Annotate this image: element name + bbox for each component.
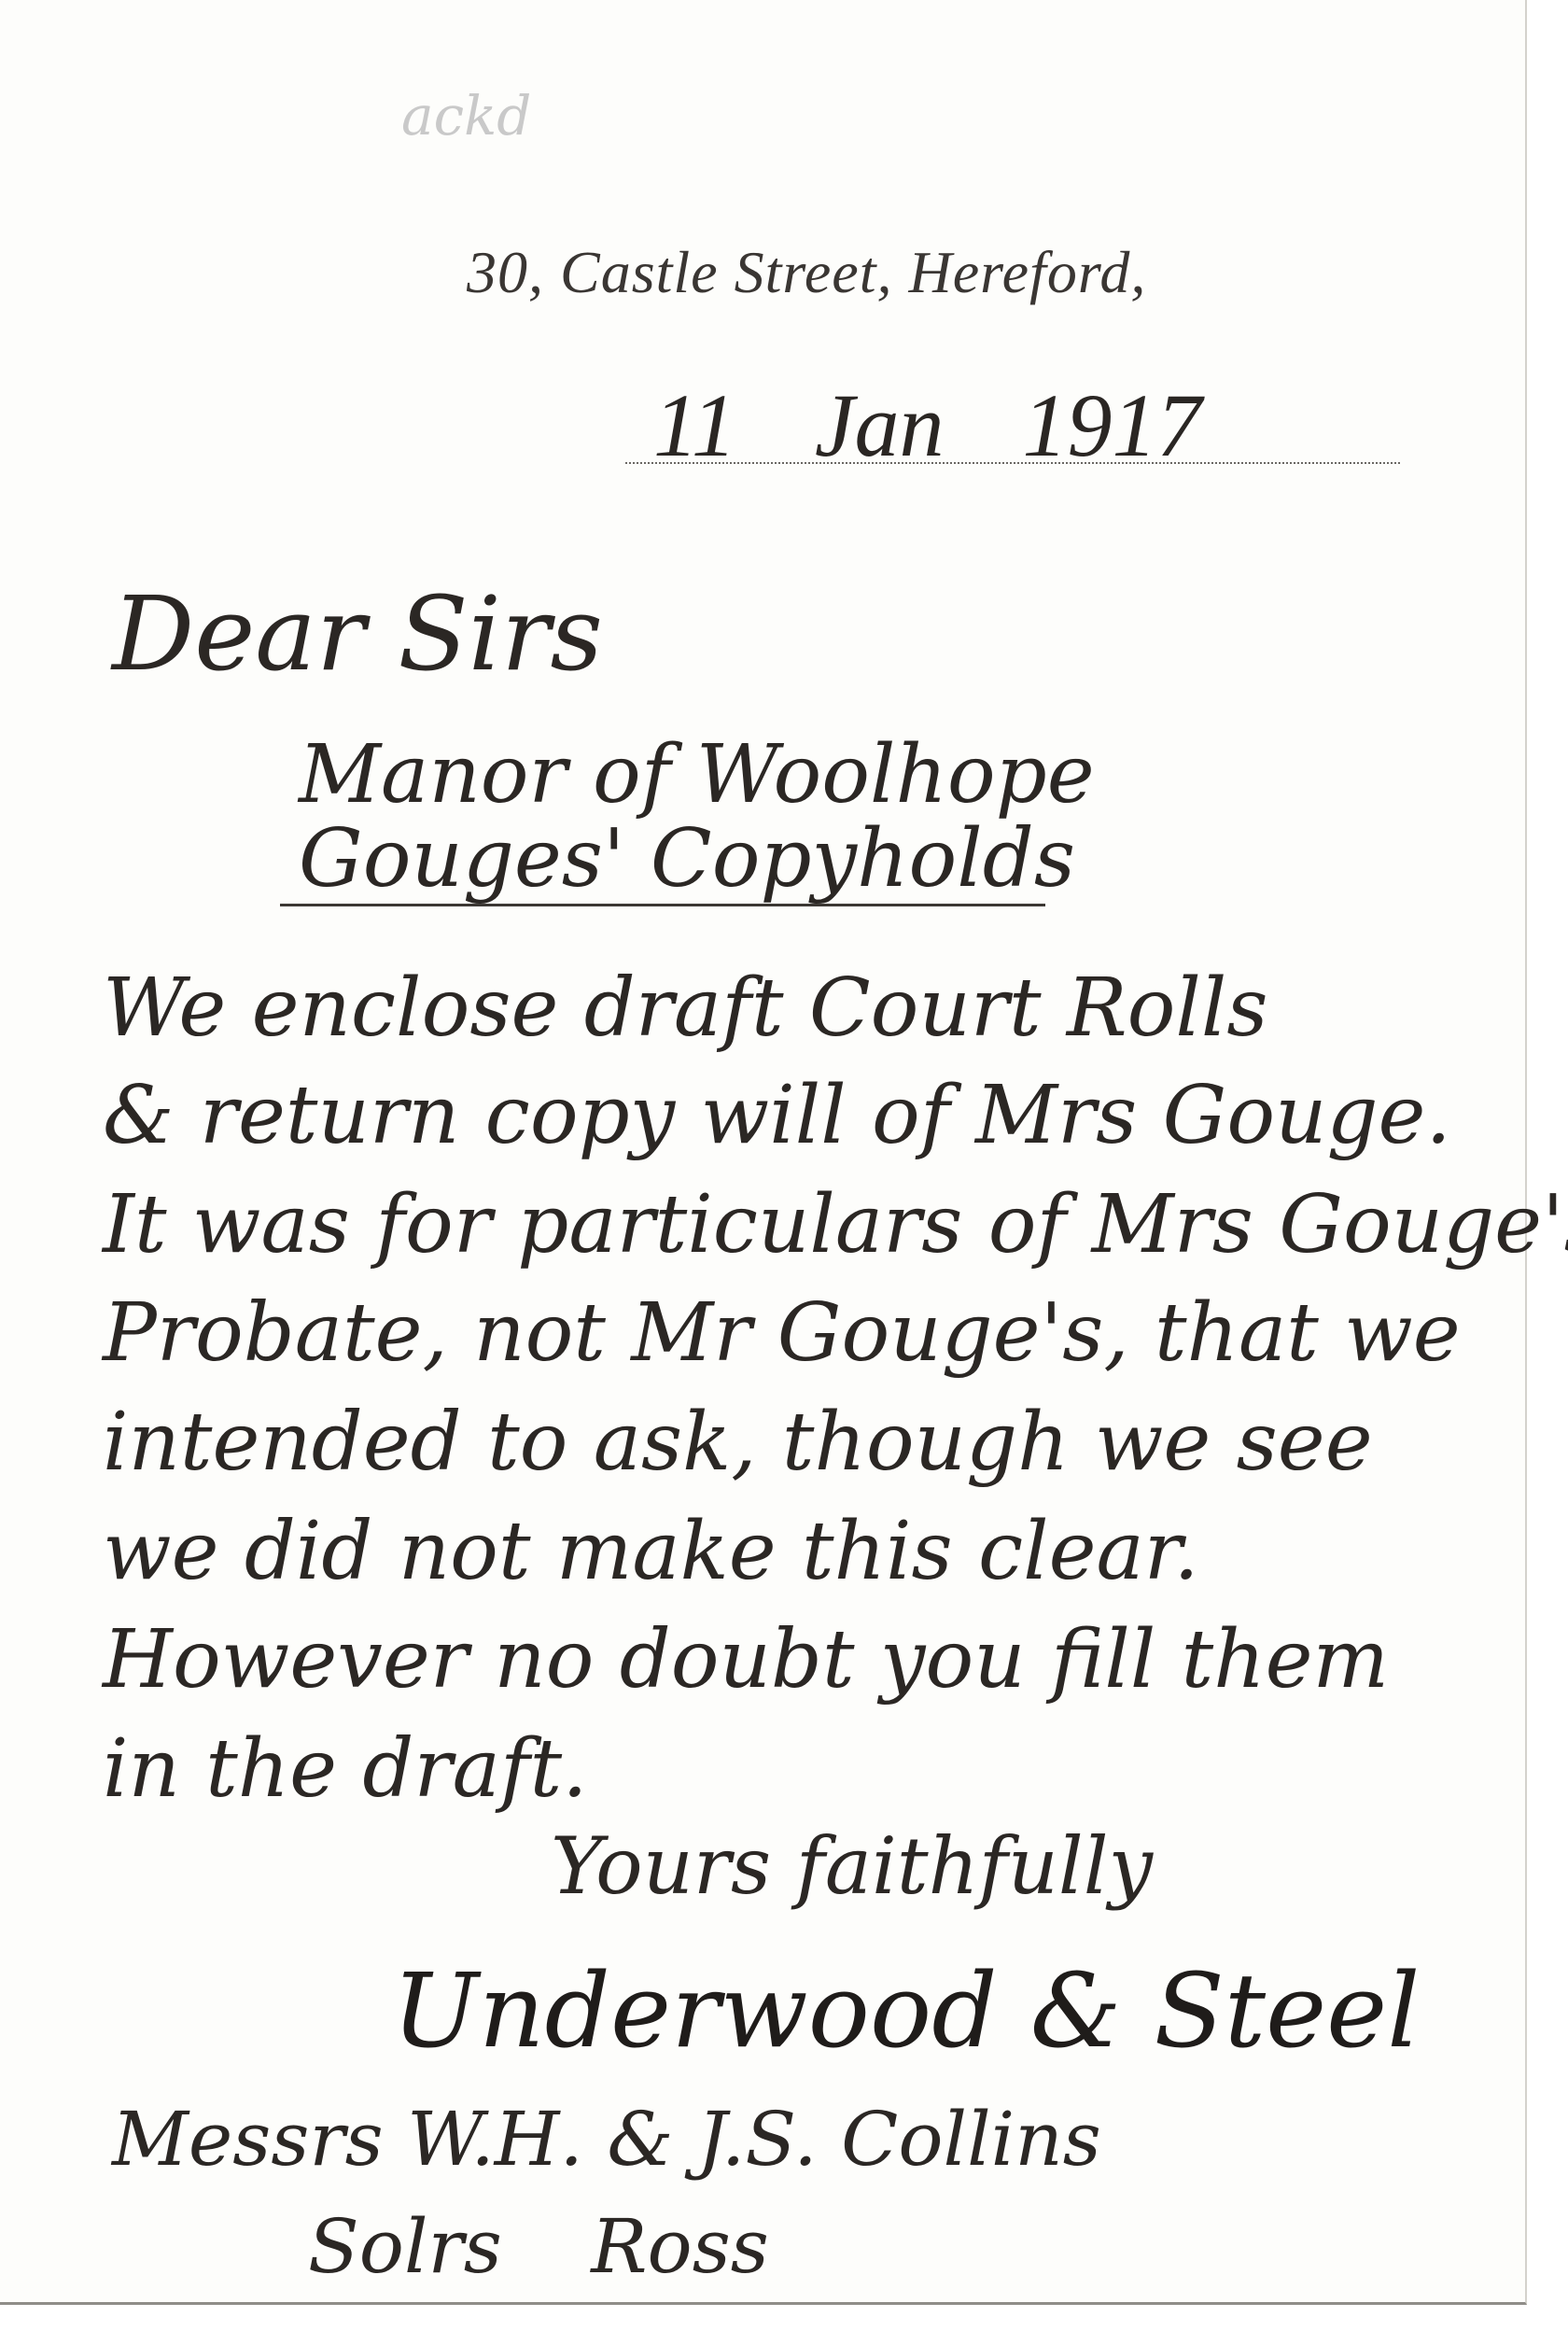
- addressee-name: Messrs W.H. & J.S. Collins: [112, 2096, 1101, 2183]
- body-line: intended to ask, though we see: [103, 1396, 1373, 1489]
- body-line: Probate, not Mr Gouge's, that we: [103, 1286, 1461, 1380]
- body-line: in the draft.: [103, 1722, 588, 1816]
- date-month: Jan: [815, 375, 945, 475]
- body-line: It was for particulars of Mrs Gouge's: [103, 1178, 1568, 1271]
- body-line: However no doubt you fill them: [103, 1613, 1389, 1706]
- date-year: 1917: [1022, 375, 1201, 475]
- body-line: & return copy will of Mrs Gouge.: [103, 1069, 1451, 1162]
- body-line: We enclose draft Court Rolls: [103, 962, 1268, 1055]
- pencil-annotation: ackd: [401, 84, 531, 147]
- letterhead-address: 30, Castle Street, Hereford,: [467, 238, 1146, 307]
- closing: Yours faithfully: [551, 1820, 1153, 1912]
- addressee-title: Solrs: [308, 2203, 502, 2290]
- date-day: 11: [653, 375, 736, 475]
- salutation: Dear Sirs: [112, 574, 603, 694]
- subject-line-2: Gouges' Copyholds: [299, 812, 1075, 906]
- letter-page: ackd 30, Castle Street, Hereford, 11 Jan…: [0, 0, 1527, 2305]
- addressee-location: Solrs Ross: [308, 2203, 769, 2290]
- subject-underline: [280, 904, 1045, 906]
- body-line: we did not make this clear.: [103, 1505, 1199, 1598]
- subject-line-1: Manor of Woolhope: [299, 728, 1095, 821]
- signature: Underwood & Steel: [392, 1951, 1420, 2071]
- addressee-place: Ross: [591, 2203, 769, 2290]
- date-dotted-rule: [625, 462, 1400, 464]
